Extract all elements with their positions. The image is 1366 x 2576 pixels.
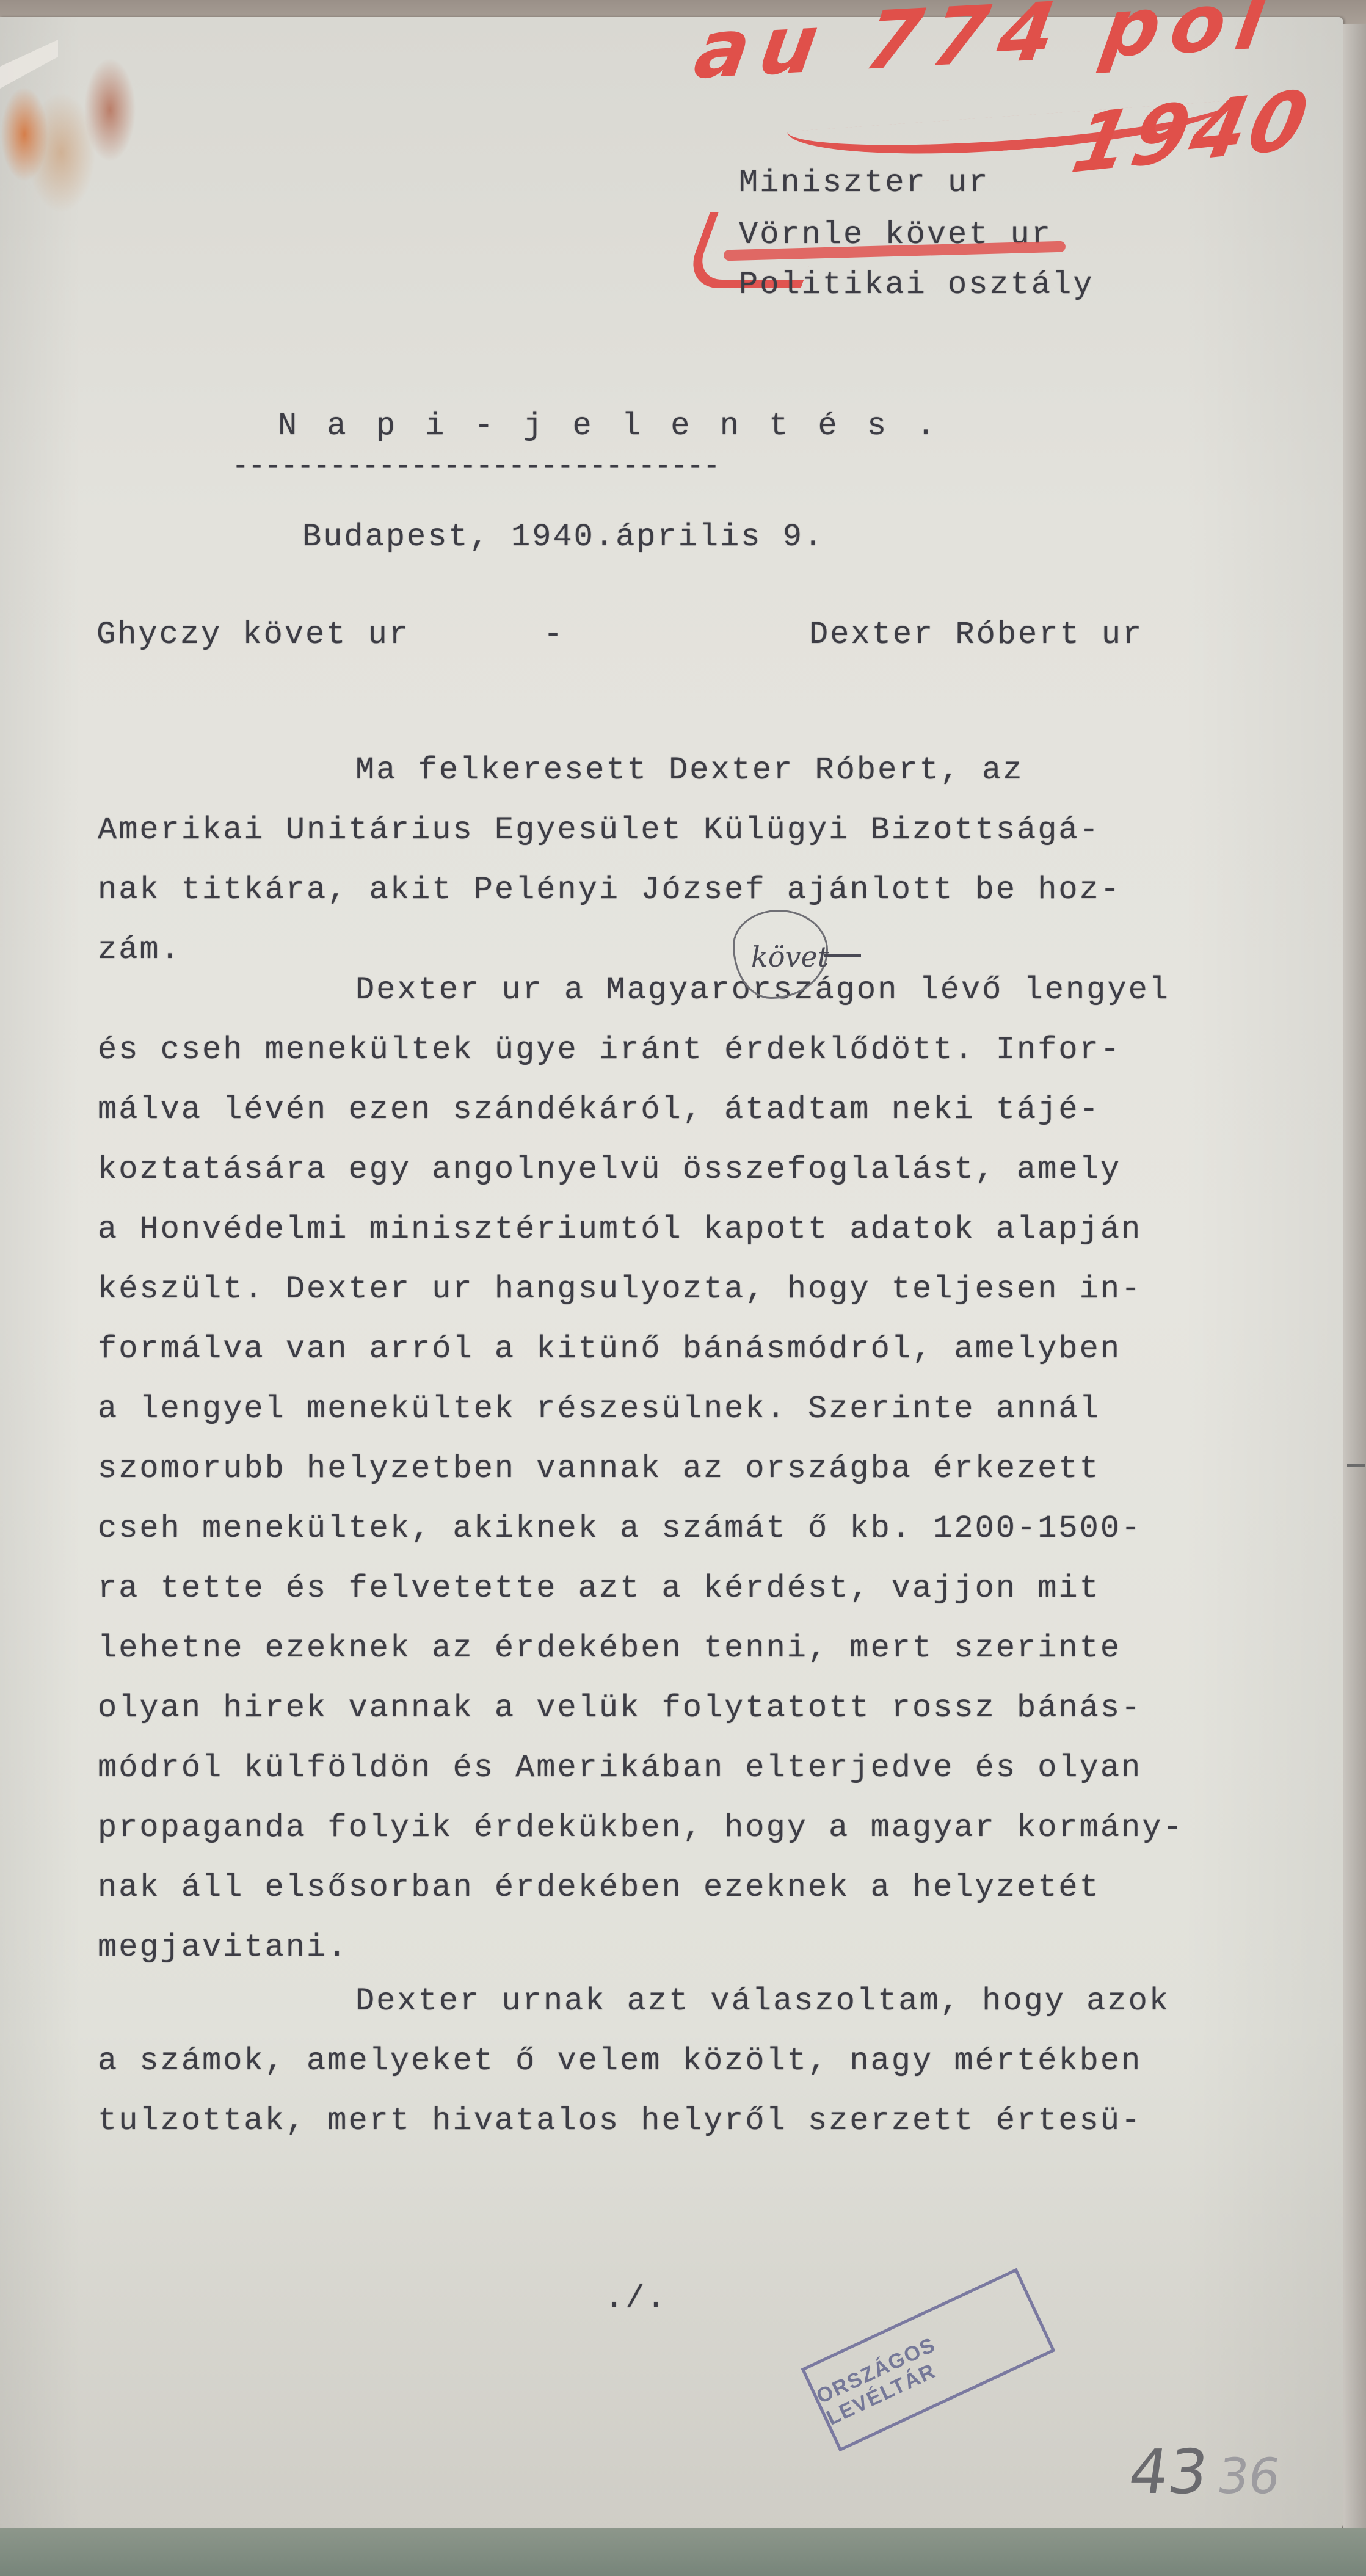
body-line: ra tette és felvetette azt a kérdést, va… xyxy=(98,1570,1100,1606)
body-line: koztatására egy angolnyelvü összefoglalá… xyxy=(98,1152,1121,1188)
folio-number: 4336 xyxy=(1125,2436,1285,2508)
handwritten-insertion: követ xyxy=(751,940,829,973)
scan-backdrop-bottom xyxy=(0,2528,1366,2576)
body-line: propaganda folyik érdekükben, hogy a mag… xyxy=(98,1810,1184,1846)
addressee-political-department: Politikai osztály xyxy=(739,267,1094,303)
page-edge-mark xyxy=(1347,1464,1365,1467)
document-title: N a p i - j e l e n t é s . xyxy=(278,408,941,444)
body-line: nak titkára, akit Pelényi József ajánlot… xyxy=(98,872,1121,908)
body-line: zám. xyxy=(98,932,181,968)
folio-number-old: 36 xyxy=(1214,2448,1284,2505)
body-line: módról külföldön és Amerikában elterjedv… xyxy=(98,1750,1142,1786)
body-line: a Honvédelmi minisztériumtól kapott adat… xyxy=(98,1211,1142,1247)
addressee-minister: Miniszter ur xyxy=(739,165,989,201)
body-line: lehetne ezeknek az érdekében tenni, mert… xyxy=(98,1630,1121,1666)
body-line: tulzottak, mert hivatalos helyről szerze… xyxy=(98,2103,1142,2139)
body-line: és cseh menekültek ügye iránt érdeklődöt… xyxy=(98,1032,1121,1068)
body-line: a lengyel menekültek részesülnek. Szerin… xyxy=(98,1391,1100,1427)
document-date: Budapest, 1940.április 9. xyxy=(302,519,824,555)
body-line: Amerikai Unitárius Egyesület Külügyi Biz… xyxy=(98,812,1100,848)
body-line: cseh menekültek, akiknek a számát ő kb. … xyxy=(98,1511,1142,1547)
body-line: készült. Dexter ur hangsulyozta, hogy te… xyxy=(98,1271,1142,1307)
pencil-strikethrough xyxy=(824,954,861,957)
title-underline: ------------------------------ xyxy=(232,451,719,482)
folio-number-current: 43 xyxy=(1125,2436,1213,2508)
body-line: málva lévén ezen szándékáról, átadtam ne… xyxy=(98,1092,1100,1128)
party-right: Dexter Róbert ur xyxy=(809,617,1143,653)
body-line: nak áll elsősorban érdekében ezeknek a h… xyxy=(98,1870,1100,1906)
party-separator: - xyxy=(543,617,564,653)
body-line: megjavitani. xyxy=(98,1929,348,1965)
body-line: Ma felkeresett Dexter Róbert, az xyxy=(355,752,1024,788)
body-line: formálva van arról a kitünő bánásmódról,… xyxy=(98,1331,1121,1367)
body-line: Dexter urnak azt válaszoltam, hogy azok xyxy=(355,1983,1170,2019)
body-line: olyan hirek vannak a velük folytatott ro… xyxy=(98,1690,1142,1726)
page-stack-edge xyxy=(1343,24,1366,2534)
body-line: a számok, amelyeket ő velem közölt, nagy… xyxy=(98,2043,1142,2079)
body-line: szomorubb helyzetben vannak az országba … xyxy=(98,1451,1100,1487)
party-left: Ghyczy követ ur xyxy=(96,617,410,653)
continuation-mark: ./. xyxy=(605,2280,667,2317)
